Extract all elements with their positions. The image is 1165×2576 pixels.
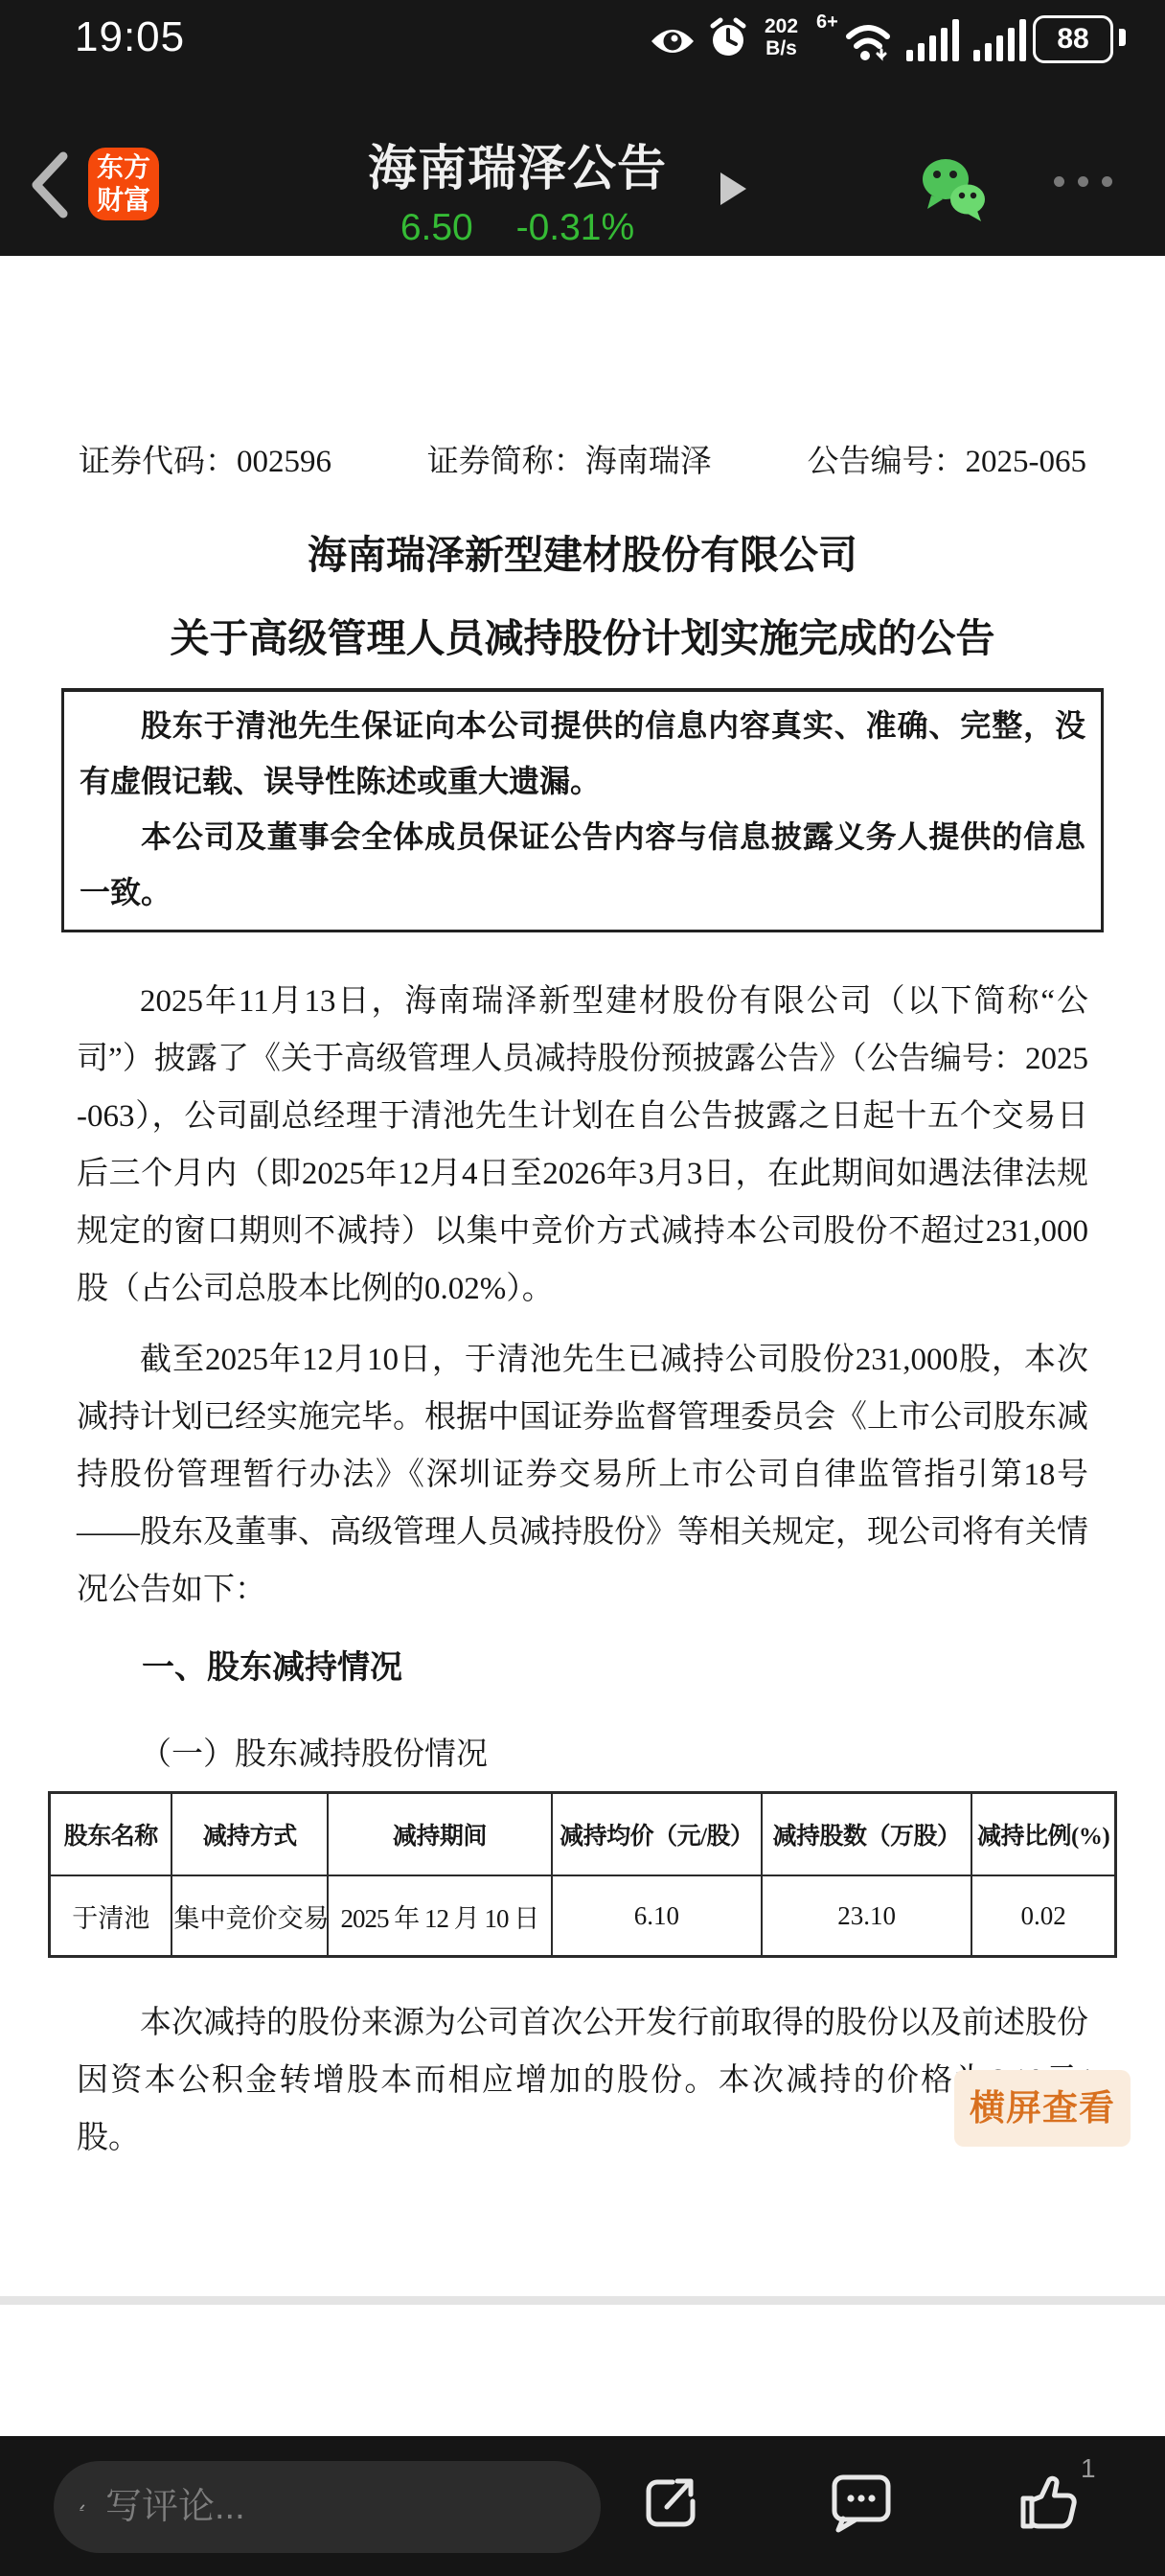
wechat-share-icon[interactable] xyxy=(920,155,989,222)
network-speed-value: 202 xyxy=(765,15,798,37)
announcement-document: 证券代码：002596 证券简称：海南瑞泽 公告编号：2025-065 海南瑞泽… xyxy=(0,256,1165,2576)
disclaimer-paragraph-1: 股东于清池先生保证向本公司提供的信息内容真实、准确、完整，没有虚假记载、误导性陈… xyxy=(80,698,1085,809)
stock-change: -0.31% xyxy=(516,207,635,248)
play-icon[interactable] xyxy=(720,172,746,205)
like-count-badge: 1 xyxy=(1081,2453,1096,2484)
battery-nub xyxy=(1119,29,1126,46)
signal-icon-sim2 xyxy=(973,19,1027,61)
announcement-number: 公告编号：2025-065 xyxy=(808,436,1087,481)
logo-line-1: 东方 xyxy=(88,151,159,184)
wifi-icon xyxy=(841,17,895,61)
back-icon[interactable] xyxy=(29,151,73,218)
reduction-table: 股东名称 减持方式 减持期间 减持均价（元/股） 减持股数（万股） 减持比例(%… xyxy=(48,1791,1117,1958)
disclaimer-box: 股东于清池先生保证向本公司提供的信息内容真实、准确、完整，没有虚假记载、误导性陈… xyxy=(61,688,1104,932)
stock-short-name: 证券简称：海南瑞泽 xyxy=(427,436,712,481)
wifi-badge: 6+ xyxy=(816,11,838,34)
network-speed-unit: B/s xyxy=(765,37,798,59)
announcement-title: 关于高级管理人员减持股份计划实施完成的公告 xyxy=(0,607,1165,663)
body-paragraph-2: 截至2025年12月10日，于清池先生已减持公司股份231,000股，本次减持计… xyxy=(0,1331,1165,1619)
section-heading-1: 一、股东减持情况 xyxy=(0,1640,1165,1697)
pencil-icon xyxy=(79,2486,86,2528)
cell-method: 集中竞价交易 xyxy=(171,1875,327,1957)
page-divider xyxy=(0,2296,1165,2305)
table-header-row: 股东名称 减持方式 减持期间 减持均价（元/股） 减持股数（万股） 减持比例(%… xyxy=(50,1793,1116,1876)
col-header-avg-price: 减持均价（元/股） xyxy=(552,1793,762,1876)
col-header-shares: 减持股数（万股） xyxy=(762,1793,971,1876)
share-icon[interactable] xyxy=(640,2472,699,2534)
disclaimer-paragraph-2: 本公司及董事会全体成员保证公告内容与信息披露义务人提供的信息一致。 xyxy=(80,809,1085,920)
cell-ratio: 0.02 xyxy=(971,1875,1115,1957)
title-block: 海南瑞泽公告 6.50 -0.31% xyxy=(326,128,709,249)
stock-quote[interactable]: 6.50 -0.31% xyxy=(326,207,709,249)
comment-icon[interactable] xyxy=(830,2472,893,2534)
comment-input-pill[interactable] xyxy=(54,2461,601,2553)
landscape-view-button[interactable]: 横屏查看 xyxy=(954,2070,1131,2147)
table-row: 于清池 集中竞价交易 2025 年 12 月 10 日 6.10 23.10 0… xyxy=(50,1875,1116,1957)
logo-line-2: 财富 xyxy=(88,184,159,217)
bottom-toolbar: 1 xyxy=(0,2436,1165,2576)
alarm-clock-icon xyxy=(707,17,749,59)
app-logo[interactable]: 东方 财富 xyxy=(88,148,159,220)
doc-info-line: 证券代码：002596 证券简称：海南瑞泽 公告编号：2025-065 xyxy=(0,436,1165,481)
page-title: 海南瑞泽公告 xyxy=(326,128,709,199)
like-icon[interactable] xyxy=(1017,2472,1081,2534)
cell-shareholder: 于清池 xyxy=(50,1875,172,1957)
nav-header: 东方 财富 海南瑞泽公告 6.50 -0.31% xyxy=(0,75,1165,256)
col-header-method: 减持方式 xyxy=(171,1793,327,1876)
eye-protection-icon xyxy=(650,25,696,57)
clock-time: 19:05 xyxy=(75,13,185,61)
comment-input[interactable] xyxy=(103,2486,576,2529)
battery-icon: 88 xyxy=(1033,15,1113,63)
cell-period: 2025 年 12 月 10 日 xyxy=(328,1875,552,1957)
network-speed: 202 B/s xyxy=(765,15,798,59)
body-paragraph-1: 2025年11月13日，海南瑞泽新型建材股份有限公司（以下简称“公司”）披露了《… xyxy=(0,973,1165,1318)
more-icon[interactable] xyxy=(1054,176,1112,187)
col-header-period: 减持期间 xyxy=(328,1793,552,1876)
company-name: 海南瑞泽新型建材股份有限公司 xyxy=(0,523,1165,580)
col-header-shareholder: 股东名称 xyxy=(50,1793,172,1876)
sub-heading-1: （一）股东减持股份情况 xyxy=(0,1726,1165,1783)
cell-avg-price: 6.10 xyxy=(552,1875,762,1957)
cell-shares: 23.10 xyxy=(762,1875,971,1957)
signal-icon-sim1 xyxy=(906,19,960,61)
app-screen: 19:05 202 B/s 6+ 88 xyxy=(0,0,1165,2576)
stock-code: 证券代码：002596 xyxy=(79,436,331,481)
status-bar: 19:05 202 B/s 6+ 88 xyxy=(0,0,1165,75)
col-header-ratio: 减持比例(%) xyxy=(971,1793,1115,1876)
stock-price: 6.50 xyxy=(400,207,473,248)
